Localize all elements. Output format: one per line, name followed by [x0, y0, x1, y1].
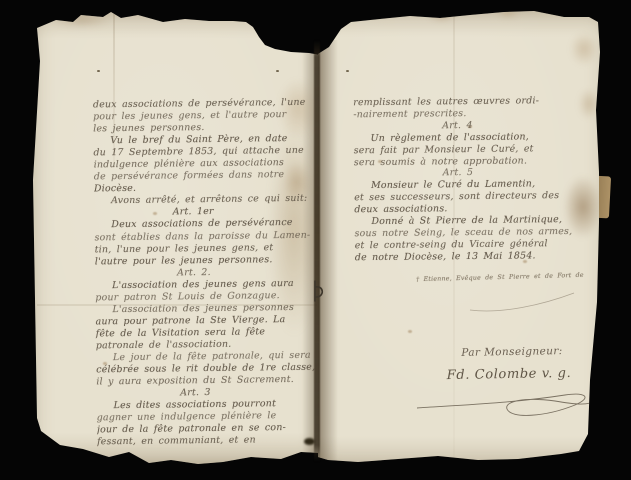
manuscript-line: fessant, en communiant, et en [97, 434, 321, 449]
signature-flourish [413, 382, 603, 426]
manuscript-line: de notre Diocèse, le 13 Mai 1854. [355, 250, 589, 264]
edge-stain [496, 8, 520, 18]
edge-stain [570, 32, 598, 66]
document-scan: deux associations de persévérance, l'une… [0, 0, 631, 480]
signature: Fd. Colombe v. g. [421, 365, 597, 383]
manuscript-line: et ses successeurs, sont directeurs des [354, 190, 588, 204]
right-page: remplissant les autres œuvres ordi--nair… [318, 10, 606, 468]
edge-stain [428, 10, 456, 22]
binding-staple [311, 280, 327, 304]
article-heading: Art. 5 [354, 166, 588, 180]
left-page-text: deux associations de persévérance, l'une… [93, 97, 321, 449]
manuscript-line: et le contre-seing du Vicaire général [355, 238, 589, 252]
right-page-text: remplissant les autres œuvres ordi--nair… [353, 95, 589, 264]
ink-speck [276, 70, 279, 72]
bishop-attestation-note: † Etienne, Evêque de St Pierre et de For… [416, 272, 584, 283]
note-flourish [468, 290, 578, 316]
ink-speck [97, 70, 100, 72]
par-monseigneur-line: Par Monseigneur: [436, 345, 588, 360]
article-heading: Art. 4 [353, 119, 587, 133]
ink-speck [346, 70, 349, 72]
left-page: deux associations de persévérance, l'une… [33, 12, 320, 464]
foxing-spot [408, 330, 412, 333]
gutter-shadow [318, 40, 338, 468]
page-gutter [314, 40, 320, 462]
edge-stain [51, 12, 113, 28]
